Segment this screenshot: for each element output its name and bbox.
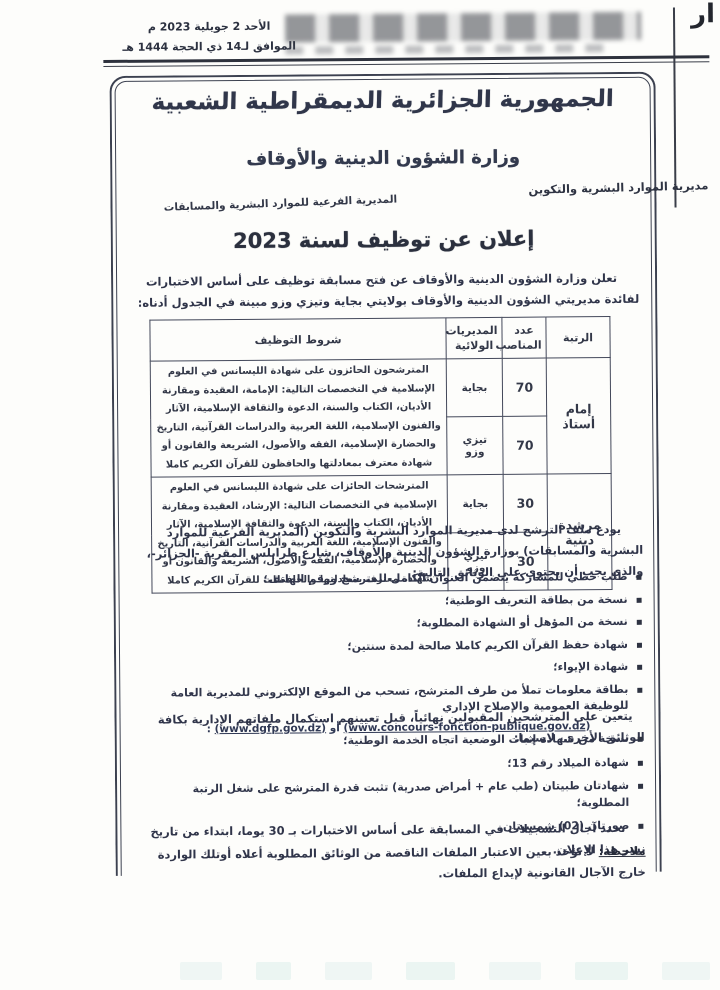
watermark-block xyxy=(489,962,540,980)
watermark-block xyxy=(406,962,456,980)
table-row: إمام أستاذ 70 بجاية المترشحون الحائزون ع… xyxy=(150,358,610,420)
masthead-smudge-row xyxy=(285,44,613,55)
watermark-block xyxy=(575,962,628,980)
rank-imam: إمام أستاذ xyxy=(546,358,611,474)
directorate-name: بجاية xyxy=(446,358,502,416)
directorate-name: تيزي وزو xyxy=(447,416,503,474)
date-gregorian: الأحد 2 جويلية 2023 م xyxy=(109,16,309,38)
note-text: لا تؤخذ بعين الاعتبار الملفات الناقصة من… xyxy=(158,844,646,880)
note-line: ملاحظة: لا تؤخذ بعين الاعتبار الملفات ال… xyxy=(140,841,646,887)
republic-title: الجمهورية الجزائرية الديمقراطية الشعبية xyxy=(127,86,638,116)
positions-count: 70 xyxy=(502,358,546,416)
scan-watermarks xyxy=(180,962,710,980)
publication-date-block: الأحد 2 جويلية 2023 م الموافق لـ14 ذي ال… xyxy=(109,16,309,58)
note-label: ملاحظة: xyxy=(599,844,646,858)
header-directorates: المديريات الولائية xyxy=(446,317,502,358)
list-item: شهادة الإيواء؛ xyxy=(138,659,644,679)
conditions-imam: المترشحون الحائزون على شهادة الليسانس في… xyxy=(150,359,447,477)
watermark-block xyxy=(180,962,222,980)
table-header-row: الرتبة عدد المناصب المديريات الولائية شر… xyxy=(150,317,610,362)
header-conditions: شروط التوظيف xyxy=(150,318,446,361)
positions-count: 70 xyxy=(503,416,547,474)
ministry-title: وزارة الشؤون الدينية والأوقاف xyxy=(128,146,638,171)
list-item: نسخة من المؤهل أو الشهادة المطلوبة؛ xyxy=(138,614,644,634)
list-item: شهادتان طبيتان (طب عام + أمراض صدرية) تث… xyxy=(139,778,645,815)
masthead-smudge-row xyxy=(285,12,641,43)
watermark-block xyxy=(662,962,710,980)
watermark-block xyxy=(256,962,291,980)
announcement-title: إعلان عن توظيف لسنة 2023 xyxy=(129,226,639,254)
list-item: نسخة من شهادة إثبات الوضعية اتجاه الخدمة… xyxy=(139,731,645,751)
list-item: طلب خطي للمشاركة يتضمن العنوان الكامل لل… xyxy=(137,569,643,589)
list-item: شهادة الميلاد رقم 13؛ xyxy=(139,754,645,774)
list-item: شهادة حفظ القرآن الكريم كاملا صالحة لمدة… xyxy=(138,636,644,656)
scanned-document: الأحد 2 جويلية 2023 م الموافق لـ14 ذي ال… xyxy=(0,0,720,990)
column-divider-line xyxy=(673,8,677,208)
list-item: نسخة من بطاقة التعريف الوطنية؛ xyxy=(138,591,644,611)
header-rank: الرتبة xyxy=(546,317,610,359)
masthead-fragment-text: ار xyxy=(681,0,715,29)
blurred-masthead xyxy=(285,12,641,59)
double-rule-inner xyxy=(103,61,709,67)
watermark-block xyxy=(325,962,372,980)
announcement-intro: تعلن وزارة الشؤون الدينية والأوقاف عن فت… xyxy=(137,268,639,314)
header-positions: عدد المناصب xyxy=(502,317,546,358)
date-hijri: الموافق لـ14 ذي الحجة 1444 هـ xyxy=(109,36,309,58)
